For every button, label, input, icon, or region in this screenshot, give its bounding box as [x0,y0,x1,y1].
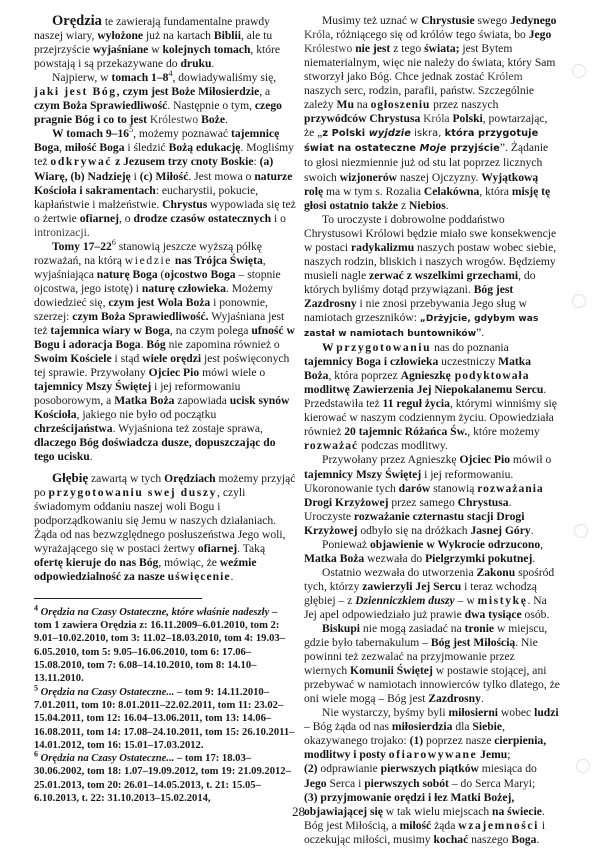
text: , która [479,185,512,198]
spaced-emph: przygotowaniu swej duszy [49,486,218,499]
emph: Zazdrosny [428,692,481,705]
emph: Orędziach [164,472,216,485]
emph: wizjonerów [340,171,397,184]
emph: ludzi [534,706,558,719]
paragraph-order: Ostatnio wezwała do utworzenia Zakonu sp… [304,566,560,622]
emph: (2) [304,762,318,775]
emph: nas Trójca Święta [172,254,263,267]
punch-hole-icon [572,64,586,78]
emph: Chrystusie [421,14,474,27]
spaced-text: wiedzie [125,254,172,267]
footnote-number: 5 [34,683,38,692]
spaced-emph: rozważać [304,439,358,452]
text: zawartą w tych [88,472,164,485]
text: ”. [476,326,484,339]
text: już na kartach [143,29,214,42]
emph: Jego [529,28,552,41]
left-column: Orędzia te zawierają fundamentalne prawd… [34,14,296,805]
text: odbyło się na dróżkach [357,524,470,537]
text: miesiąca do [479,762,537,775]
emph: ofiarnej [198,542,237,555]
emph: Swoim Kościele [34,352,112,365]
spaced-emph: wzajemności [458,819,539,832]
emph: zawierzyli Jej Sercu [362,580,461,593]
text: Nie wystarczy, byśmy byli [322,706,448,719]
text: Serca i [327,777,365,790]
emph: darów [399,482,431,495]
emph: Biblii [214,29,241,42]
text: w [148,43,162,56]
text: . [211,57,214,70]
emph: Mu [337,98,354,111]
text: . Wyjaśniona też zostaje sprawa, [113,422,263,435]
text: Królem [487,70,522,83]
paragraph-depth: Głębię zawartą w tych Orędziach możemy p… [34,471,296,584]
page-number: 28 [292,804,305,820]
emph: zerwać z wszelkimi grzechami [369,269,518,282]
footnote-5: 5 Orędzia na Czasy Ostateczne... – tom 9… [34,686,296,752]
text: ; [507,748,510,761]
text: Musimy też uznać w [322,14,421,27]
footnote-separator [34,598,202,599]
emph: tronie [465,622,494,635]
text: poprzez nasze [423,734,494,747]
text: – w [455,594,478,607]
footnote-title: Orędzia na Czasy Ostateczne... [41,687,175,698]
text: przez naszych [430,98,498,111]
right-column: Musimy też uznać w Chrystusie swego Jedy… [304,14,560,847]
emph: wyłożone [97,29,143,42]
emph: druku [180,57,211,70]
emph: wiele orędzi [142,352,201,365]
text: . Następnie o tym, [167,99,255,112]
paragraph-mercy: Nie wystarczy, byśmy byli miłosierni wob… [304,706,560,846]
emph: tajemnicy Mszy Świętej [304,468,421,481]
emph: Tomy 17–22 [52,240,112,253]
text: , różniącego się od królów tego świata, … [330,28,528,41]
text: nas do poznania [431,341,509,354]
text: i [131,170,140,183]
emph: objawienie w Wykrocie odrzucono [370,538,540,551]
spaced-emph: odkrywać [50,155,112,168]
text: nie mogą zasiadać na [360,622,465,635]
text: i śledzić [125,141,169,154]
emph: tajemnica wiary w Boga [50,324,169,337]
emph: czym jest Wola Boża [108,296,210,309]
emph: Agnieszkę [401,369,451,382]
text: . [532,552,535,565]
text: , dowiadywaliśmy się, [172,71,276,84]
emph: Matka Boża [304,552,364,565]
text: swego [475,14,510,27]
text: ma w tym s. Rozalia [323,185,424,198]
footnote-6: 6 Orędzia na Czasy Ostateczne... – tom 1… [34,752,296,805]
emph: Celakówna [424,185,479,198]
emph: 20 tajemnic Różańca Św. [344,425,467,438]
emph: Niebios [409,199,446,212]
emph: wyjaśniane [93,43,148,56]
text: stanowią [430,482,477,495]
text: , [540,538,543,551]
text: i o [271,212,286,225]
text: z [398,199,409,212]
paragraph-christ-king: Musimy też uznać w Chrystusie swego Jedy… [304,14,560,213]
footnote-number: 4 [34,603,38,612]
text: , które możemy [467,425,539,438]
paragraph-submission: To uroczyste i dobrowolne poddaństwo Chr… [304,213,560,341]
emph: W [322,341,336,354]
quote-text: z Polski [322,128,368,139]
text: Najpierw, w [52,71,111,84]
punch-hole-icon [572,294,586,308]
text: naszego [468,833,511,846]
text: wezwała do [364,552,425,565]
text: , mówiąc, że [158,556,219,569]
text: . [481,692,484,705]
text: Królestwo [304,42,355,55]
text: Ostatnio wezwała do utworzenia [322,566,477,579]
text: . [536,833,539,846]
spaced-emph: jaki jest Bóg [34,85,117,98]
text: żąda [431,819,458,832]
emph: miłosierni [448,706,498,719]
emph: Boskie [218,155,254,168]
spaced-emph: przygotowaniu [336,341,431,354]
emph: czym Boża Sprawiedliwość. [72,310,208,323]
paragraph-father-pio: Przywołany przez Agnieszkę Ojciec Pio mó… [304,453,560,537]
paragraph-tomes-1-8: Najpierw, w tomach 1–84, dowiadywaliśmy … [34,71,296,127]
text: . [230,570,233,583]
emph: (c) Miłość [140,170,189,183]
text: Króla [304,28,330,41]
text: . [531,524,534,537]
emph: Komunii Świętej [350,664,433,677]
emph: chrześcijaństwa [34,422,113,435]
emph: Jedynego [510,14,556,27]
paragraph-preparation: W przygotowaniu nas do poznania tajemnic… [304,341,560,453]
emph: dlaczego Bóg doświadcza dusze, dopuszcza… [34,436,276,463]
emph: Jego [304,777,327,790]
emph: Chrystus [162,198,207,211]
footnote-number: 6 [34,750,38,759]
emph: miłosierdzia [392,720,453,733]
text: dla [452,720,472,733]
punch-hole-icon [576,759,590,773]
quote-text: Moje [420,143,447,154]
text: . Taką [237,542,265,555]
paragraph-tomes-9-16: W tomach 9–165, możemy poznawać tajemnic… [34,127,296,239]
text: , możemy poznawać [133,127,231,140]
text: Ponieważ [322,538,370,551]
text: – Bóg żąda od nas [304,720,392,733]
emph: radykalizmu [351,241,414,254]
emph: kieruje do nas Bóg [63,556,158,569]
paragraph-bishops: Biskupi nie mogą zasiadać na tronie w mi… [304,622,560,706]
spaced-emph: uświęcenie [168,570,231,583]
emph: Boga [511,833,536,846]
spaced-emph: ofiarowywane [389,748,478,761]
text: mówi wiele o [199,366,265,379]
spaced-emph: podyktowała [451,369,530,382]
emph: ofiarnej [80,212,119,225]
emph: (1) [410,734,424,747]
emph: nie jest [355,42,390,55]
emph: Ojciec Pio [459,453,510,466]
text: przez samego [388,496,457,509]
text: . [87,226,90,239]
emph: Matka Boża [114,394,174,407]
emph: czym jest Boże Miłosierdzie [122,85,259,98]
footnote-title: Orędzia na Czasy Ostateczne, które właśn… [41,607,270,618]
text: na [354,98,371,111]
spaced-emph: mistykę [478,594,528,607]
text: . [90,450,93,463]
emph: tomach 1–8 [111,71,168,84]
emph: naturę Boga [97,268,158,281]
emph: Polski [452,112,482,125]
emph: Ojciec Pio [149,366,200,379]
text: , która poprzez [328,369,400,382]
emph: Biskupi [322,622,360,635]
text: , o [119,212,134,225]
emph: modlitwę Zawierzenia Jej Niepokalanemu S… [304,383,543,396]
text: , na czym polega [170,324,251,337]
emph: przywódców Chrystusa [304,112,420,125]
quote-text: iskra, [411,128,445,139]
text: – do Serca Maryi; [449,777,535,790]
text: . [446,199,449,212]
paragraph-tomes-17-22: Tomy 17–226 stanowią jeszcze wyższą półk… [34,240,296,465]
text: wobec [498,706,534,719]
emph: Bożą edukację [169,141,241,154]
footnote-title: Orędzia na Czasy Ostateczne... [41,753,175,764]
paragraph-wykrot: Ponieważ objawienie w Wykrocie odrzucono… [304,538,560,566]
emph: naturę człowieka [142,282,226,295]
emph: dwa tysiące [465,608,522,621]
emph: tajemnicy Mszy Świętej [34,380,151,393]
quote-text: przyjście [447,143,500,154]
lead-word: Orędzia [52,13,102,29]
text: Przywołany przez Agnieszkę [322,453,459,466]
text: Króla [420,112,452,125]
emph-italic: Dzienniczkiem duszy [355,594,455,607]
punch-hole-icon [574,524,588,538]
text: . [225,113,228,126]
text: podczas modlitwy. [358,439,448,452]
emph: kochać [433,833,468,846]
emph: z Jezusem trzy cnoty [112,155,218,168]
emph: ojcostwo Boga [164,268,235,281]
text: z tego [390,42,424,55]
lead-word: Głębię [52,470,88,485]
emph: na świecie [492,805,542,818]
emph: miłość Boga [65,141,125,154]
emph: drodze czasów ostatecznych [134,212,272,225]
text: , a [259,85,270,98]
text: zapowiada [174,394,229,407]
emph: ofertę [34,556,63,569]
emph: kolejnych tomach [162,43,250,56]
emph: Zakonu [477,566,516,579]
text: i stąd [112,352,143,365]
emph: Jemu [477,748,507,761]
text: osób. [522,608,550,621]
text: , jakiego nie było od początku [77,408,217,421]
footnote-text: – tom 1 zawiera Orędzia z: 16.11.2009–6.… [34,607,285,684]
emph: pierwszych piątków [381,762,479,775]
text: odprawianie [318,762,381,775]
emph: Bóg jest Miłością [431,636,515,649]
emph: 11 reguł życia [383,397,450,410]
emph: Jasnej Góry [470,524,530,537]
paragraph-intro: Orędzia te zawierają fundamentalne prawd… [34,14,296,71]
emph: miłość [400,819,432,832]
text: Królestwo [147,113,201,126]
emph: czym Boża Sprawiedliwość [34,99,167,112]
emph: Chrystusa [458,496,509,509]
spaced-emph: ogłoszeniu [371,98,431,111]
text: . Jest mowa o [188,170,254,183]
emph: Drogi Krzyżowej [304,496,388,509]
footnote-4: 4 Orędzia na Czasy Ostateczne, które wła… [34,606,296,686]
text: w tak wielu miejscach [383,805,492,818]
emph: W tomach 9–16 [52,127,129,140]
emph: tajemnicy Boga i człowieka [304,355,438,368]
quote-text: wyjdzie [369,128,411,139]
text: uczestniczy [438,355,498,368]
text: nie zapomina również o [166,338,280,351]
emph: Boże [201,113,225,126]
emph: świata; [424,42,459,55]
emph: Siebie [472,720,502,733]
emph: Pielgrzymki pokutnej [425,552,532,565]
spaced-emph: rozważania [477,482,543,495]
emph: pierwszych sobót [364,777,449,790]
text: mówił o [510,453,551,466]
text: naszej Ojczyzny. [397,171,481,184]
text: intronizacji [34,226,87,239]
emph: Bóg [146,338,165,351]
